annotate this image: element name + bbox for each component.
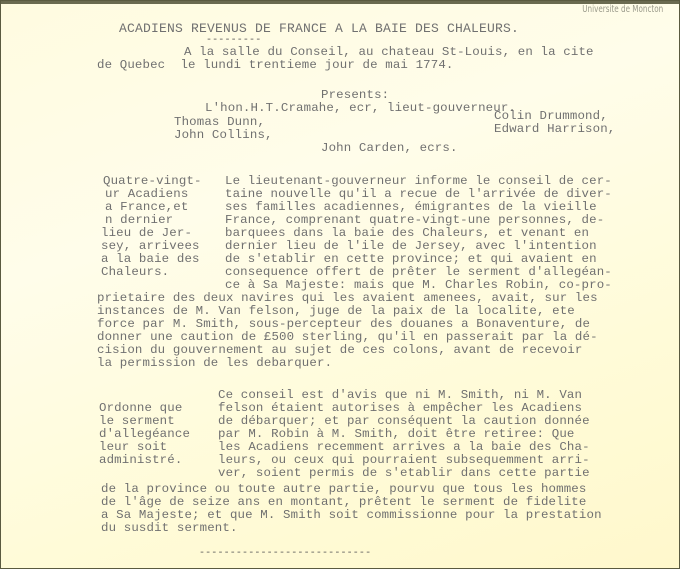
document-title: ACADIENS REVENUS DE FRANCE A LA BAIE DES… <box>119 22 519 35</box>
presents-member: John Collins, <box>174 129 273 142</box>
header-line-2: de Quebec le lundi trentieme jour de mai… <box>97 59 454 72</box>
document-page: Universite de Moncton ACADIENS REVENUS D… <box>0 0 680 569</box>
end-rule: ---------------------------- <box>199 547 371 560</box>
presents-member: Edward Harrison, <box>494 123 615 136</box>
presents-member: John Carden, ecrs. <box>321 142 458 155</box>
archive-stamp: Universite de Moncton <box>582 4 663 15</box>
presents-governor: L'hon.H.T.Cramahe, ecr, lieut-gouverneur… <box>205 102 516 115</box>
